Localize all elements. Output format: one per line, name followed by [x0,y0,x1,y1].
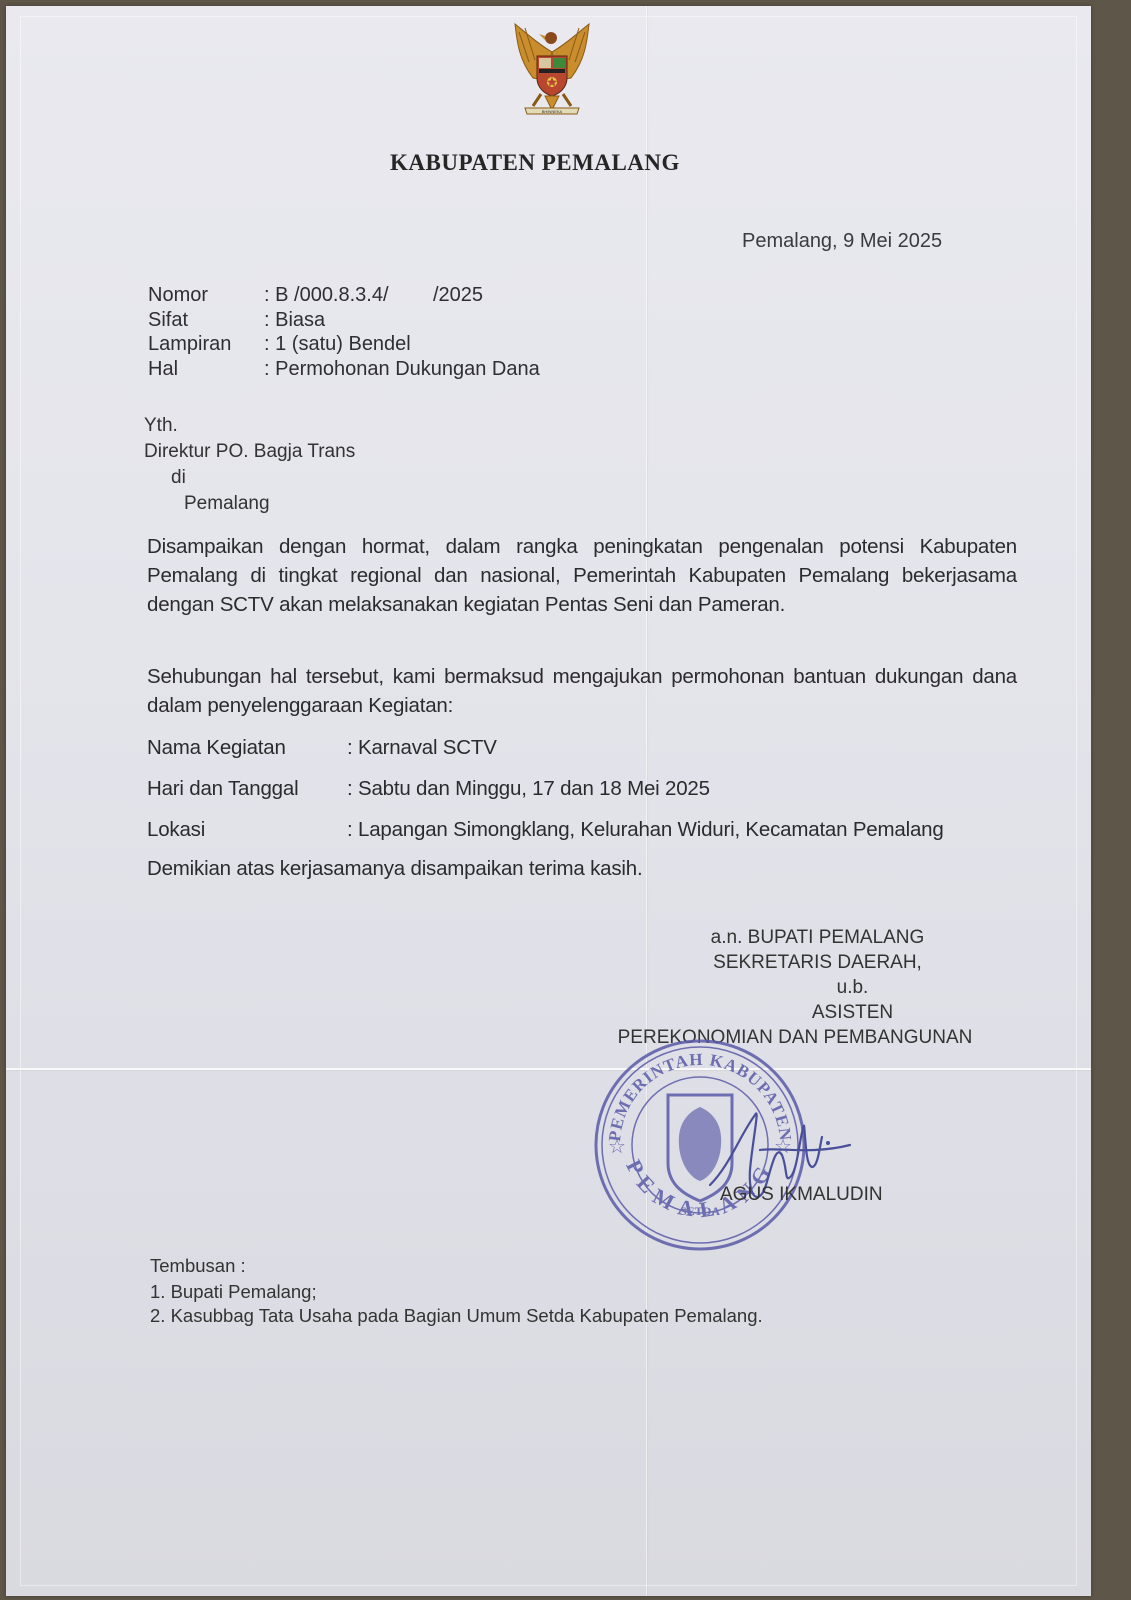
event-details: Nama Kegiatan : Karnaval SCTV Hari dan T… [147,730,944,853]
tembusan-item: 1. Bupati Pemalang; [150,1280,763,1304]
meta-value: : 1 (satu) Bendel [264,332,411,357]
meta-row-hal: Hal : Permohonan Dukungan Dana [148,357,540,382]
detail-row-lokasi: Lokasi : Lapangan Simongklang, Kelurahan… [147,812,944,853]
body-paragraph-1: Disampaikan dengan hormat, dalam rangka … [147,532,1017,619]
paper-fold-horizontal [6,1068,1091,1070]
recipient-address: Yth. Direktur PO. Bagja Trans di Pemalan… [144,413,355,517]
svg-text:BHINNEKA: BHINNEKA [542,109,563,114]
detail-value: : Karnaval SCTV [347,730,497,771]
closing-sentence: Demikian atas kerjasamanya disampaikan t… [147,857,642,881]
recipient-place: Pemalang [144,491,355,517]
detail-value: : Lapangan Simongklang, Kelurahan Widuri… [347,812,944,853]
recipient-prep: di [144,465,355,491]
detail-label: Hari dan Tanggal [147,771,347,812]
signature-block: a.n. BUPATI PEMALANG SEKRETARIS DAERAH, … [585,925,1005,1050]
signature-line-1: a.n. BUPATI PEMALANG [630,925,1005,950]
signature-line-4: ASISTEN [700,1000,1005,1025]
signature-line-3: u.b. [700,975,1005,1000]
meta-value: : B /000.8.3.4/ /2025 [264,283,483,308]
place-date: Pemalang, 9 Mei 2025 [742,230,942,253]
meta-row-nomor: Nomor : B /000.8.3.4/ /2025 [148,283,540,308]
recipient-salutation: Yth. [144,413,355,439]
meta-row-lampiran: Lampiran : 1 (satu) Bendel [148,332,540,357]
recipient-name: Direktur PO. Bagja Trans [144,439,355,465]
detail-row-tanggal: Hari dan Tanggal : Sabtu dan Minggu, 17 … [147,771,944,812]
signatory-name: AGUS IKMALUDIN [720,1184,883,1206]
letterhead-title: KABUPATEN PEMALANG [390,150,680,176]
tembusan-block: Tembusan : 1. Bupati Pemalang; 2. Kasubb… [150,1254,763,1328]
detail-row-nama: Nama Kegiatan : Karnaval SCTV [147,730,944,771]
letter-meta: Nomor : B /000.8.3.4/ /2025 Sifat : Bias… [148,283,540,381]
meta-row-sifat: Sifat : Biasa [148,308,540,333]
garuda-emblem-icon: BHINNEKA [505,22,599,122]
tembusan-item: 2. Kasubbag Tata Usaha pada Bagian Umum … [150,1304,763,1328]
meta-label: Sifat [148,308,264,333]
detail-value: : Sabtu dan Minggu, 17 dan 18 Mei 2025 [347,771,710,812]
meta-label: Hal [148,357,264,382]
meta-value: : Permohonan Dukungan Dana [264,357,540,382]
meta-label: Lampiran [148,332,264,357]
detail-label: Nama Kegiatan [147,730,347,771]
body-paragraph-2: Sehubungan hal tersebut, kami bermaksud … [147,662,1017,720]
tembusan-title: Tembusan : [150,1254,763,1278]
meta-label: Nomor [148,283,264,308]
svg-text:☆: ☆ [608,1136,626,1158]
detail-label: Lokasi [147,812,347,853]
signature-line-2: SEKRETARIS DAERAH, [630,950,1005,975]
meta-value: : Biasa [264,308,325,333]
